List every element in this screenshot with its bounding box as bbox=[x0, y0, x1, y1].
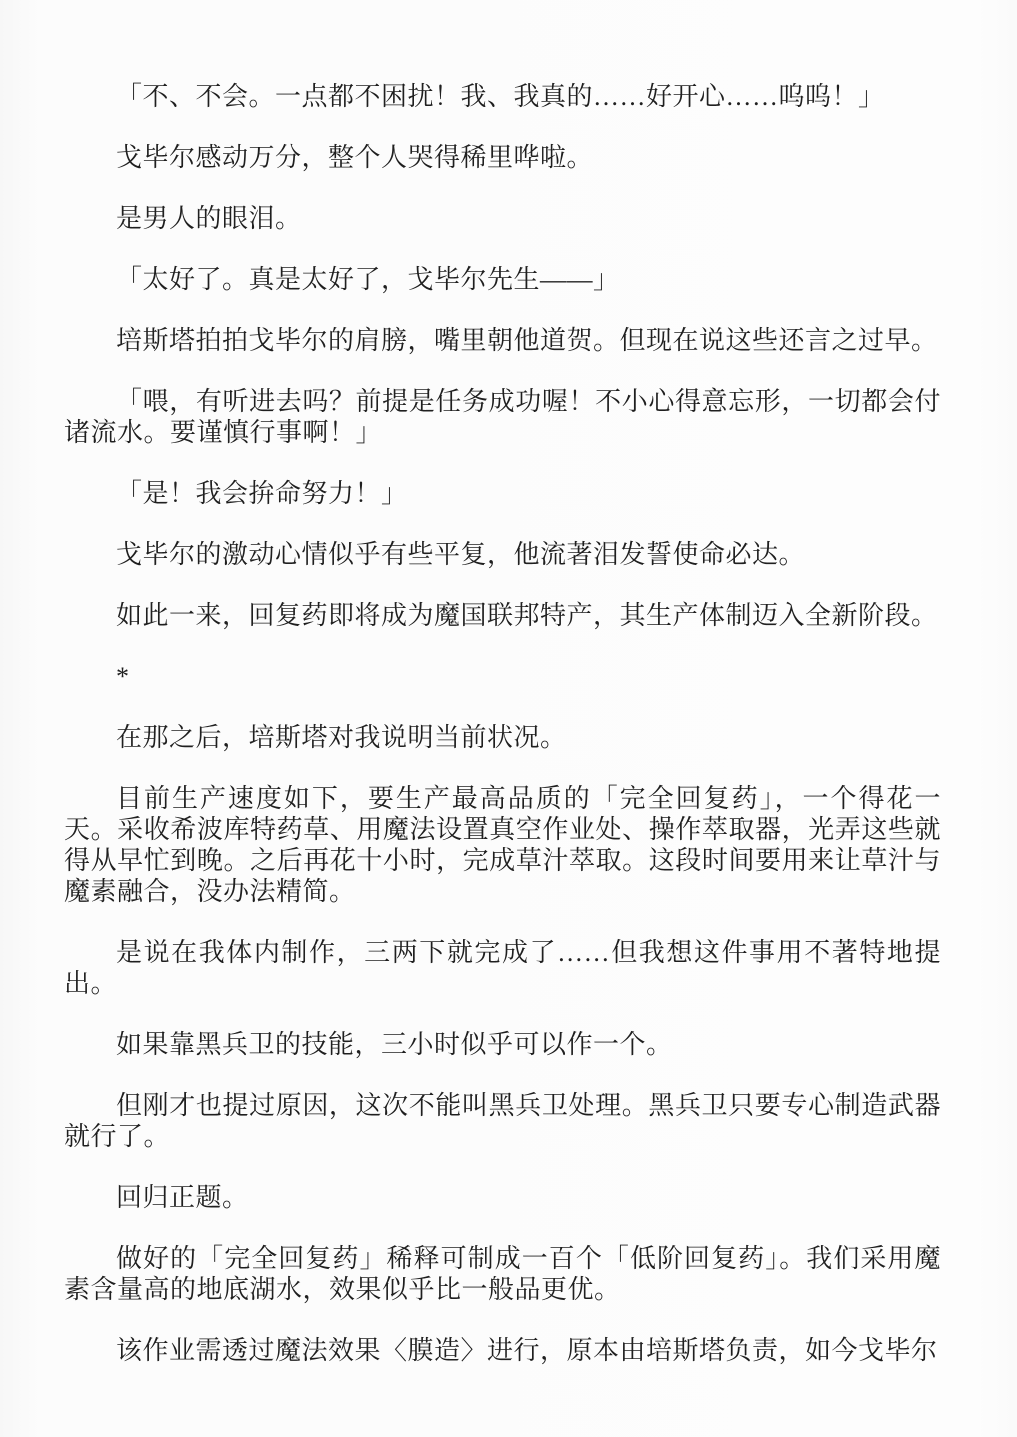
paragraph: 戈毕尔的激动心情似乎有些平复，他流著泪发誓使命必达。 bbox=[64, 539, 941, 570]
paragraph: 「不、不会。一点都不困扰！我、我真的……好开心……呜呜！」 bbox=[64, 81, 941, 112]
paragraph: 「是！我会拚命努力！」 bbox=[64, 478, 941, 509]
novel-page: 「不、不会。一点都不困扰！我、我真的……好开心……呜呜！」 戈毕尔感动万分，整个… bbox=[0, 0, 1017, 1437]
section-separator: * bbox=[64, 661, 941, 692]
paragraph: 如果靠黑兵卫的技能，三小时似乎可以作一个。 bbox=[64, 1029, 941, 1060]
paragraph: 是说在我体内制作，三两下就完成了……但我想这件事用不著特地提出。 bbox=[64, 937, 941, 999]
paragraph: 是男人的眼泪。 bbox=[64, 203, 941, 234]
paragraph: 但刚才也提过原因，这次不能叫黑兵卫处理。黑兵卫只要专心制造武器就行了。 bbox=[64, 1090, 941, 1152]
paragraph: 该作业需透过魔法效果〈膜造〉进行，原本由培斯塔负责，如今戈毕尔 bbox=[64, 1335, 941, 1366]
paragraph: 培斯塔拍拍戈毕尔的肩膀，嘴里朝他道贺。但现在说这些还言之过早。 bbox=[64, 325, 941, 356]
paragraph: 目前生产速度如下，要生产最高品质的「完全回复药」，一个得花一天。采收希波库特药草… bbox=[64, 783, 941, 907]
paragraph: 如此一来，回复药即将成为魔国联邦特产，其生产体制迈入全新阶段。 bbox=[64, 600, 941, 631]
paragraph: 「喂，有听进去吗？前提是任务成功喔！不小心得意忘形，一切都会付诸流水。要谨慎行事… bbox=[64, 386, 941, 448]
paragraph: 在那之后，培斯塔对我说明当前状况。 bbox=[64, 722, 941, 753]
paragraph: 「太好了。真是太好了，戈毕尔先生——」 bbox=[64, 264, 941, 295]
paragraph: 做好的「完全回复药」稀释可制成一百个「低阶回复药」。我们采用魔素含量高的地底湖水… bbox=[64, 1243, 941, 1305]
paragraph: 回归正题。 bbox=[64, 1182, 941, 1213]
paragraph: 戈毕尔感动万分，整个人哭得稀里哗啦。 bbox=[64, 142, 941, 173]
